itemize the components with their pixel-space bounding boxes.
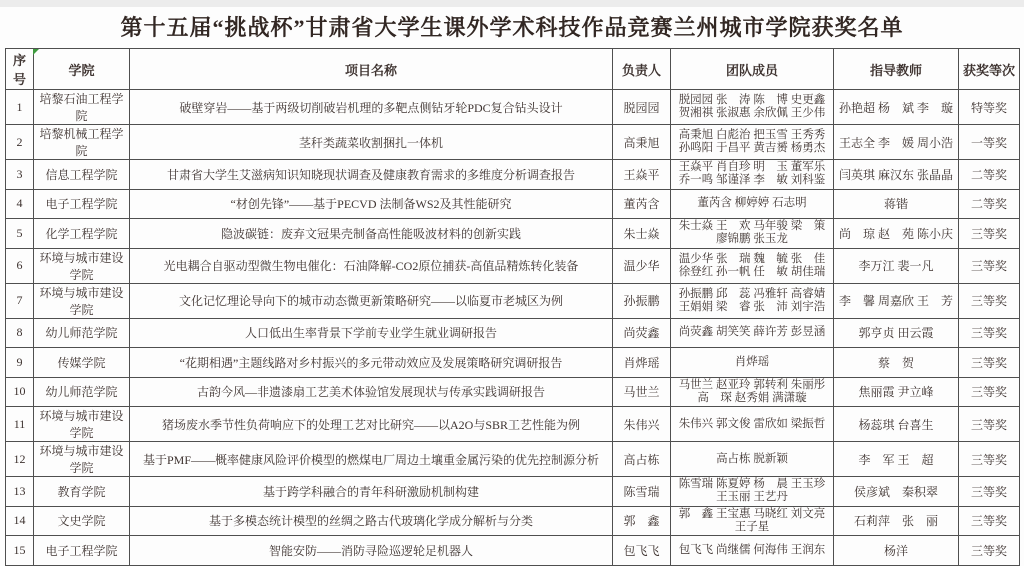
cell-award: 三等奖 (959, 248, 1020, 283)
cell-project: 文化记忆理论导向下的城市动态微更新策略研究——以临夏市老城区为例 (130, 283, 613, 318)
cell-team: 陈雪瑞 陈夏婷 杨 晨 王玉珍 王玉丽 王艺丹 (671, 477, 834, 507)
cell-leader: 董芮含 (613, 189, 671, 219)
cell-advisors: 杨蕊琪 台喜生 (834, 407, 959, 442)
cell-college: 培黎机械工程学院 (34, 125, 130, 160)
table-row: 10幼儿师范学院古韵今风—非遗漆扇工艺美术体验馆发展现状与传承实践调研报告马世兰… (6, 377, 1020, 407)
header-leader: 负责人 (613, 49, 671, 90)
cell-team: 董芮含 柳婷婷 石志明 (671, 189, 834, 219)
cell-team: 孙振鹏 邱 蕊 冯雅轩 高睿婧 王娟娟 梁 睿 张 沛 刘宇浩 (671, 283, 834, 318)
cell-college: 文史学院 (34, 506, 130, 534)
table-row: 9传媒学院“花期相遇”主题线路对乡村振兴的多元带动效应及发展策略研究调研报告肖烨… (6, 348, 1020, 378)
cell-leader: 孙振鹏 (613, 283, 671, 318)
cell-team: 高占栋 脱新颖 (671, 442, 834, 477)
cell-leader: 王焱平 (613, 160, 671, 190)
award-table: 序号 学院 项目名称 负责人 团队成员 指导教师 获奖等次 1培黎石油工程学院破… (5, 48, 1020, 534)
cell-leader: 朱伟兴 (613, 407, 671, 442)
cell-advisors: 孙艳超 杨 斌 李 璇 (834, 90, 959, 125)
cell-college: 教育学院 (34, 477, 130, 507)
cell-team: 王焱平 肖自珍 明 玉 董军乐 乔一鸣 邹谨泽 李 敏 刘科鉴 (671, 160, 834, 190)
header-team: 团队成员 (671, 49, 834, 90)
table-row: 7环境与城市建设学院文化记忆理论导向下的城市动态微更新策略研究——以临夏市老城区… (6, 283, 1020, 318)
cell-project: 茎秆类蔬菜收割捆扎一体机 (130, 125, 613, 160)
cell-index: 4 (6, 189, 34, 219)
page-title: 第十五届“挑战杯”甘肃省大学生课外学术科技作品竞赛兰州城市学院获奖名单 (0, 7, 1024, 48)
table-row: 3信息工程学院甘肃省大学生艾滋病知识知晓现状调查及健康教育需求的多维度分析调查报… (6, 160, 1020, 190)
cell-leader: 陈雪瑞 (613, 477, 671, 507)
cell-college: 化学工程学院 (34, 219, 130, 249)
cell-advisors: 侯彦斌 秦积翠 (834, 477, 959, 507)
cell-project: 甘肃省大学生艾滋病知识知晓现状调查及健康教育需求的多维度分析调查报告 (130, 160, 613, 190)
cell-leader: 朱士焱 (613, 219, 671, 249)
table-row: 5化学工程学院隐波碳链：废弃文冠果壳制备高性能吸波材料的创新实践朱士焱朱士焱 王… (6, 219, 1020, 249)
header-project: 项目名称 (130, 49, 613, 90)
cell-leader: 温少华 (613, 248, 671, 283)
cell-project: “材创先锋”——基于PECVD 法制备WS2及其性能研究 (130, 189, 613, 219)
cell-team: 马世兰 赵亚玲 郭转利 朱丽彤 高 琛 赵秀娟 满潇璇 (671, 377, 834, 407)
cell-leader: 高秉旭 (613, 125, 671, 160)
cell-award: 三等奖 (959, 219, 1020, 249)
cell-college: 环境与城市建设学院 (34, 248, 130, 283)
cell-advisors: 焦丽霞 尹立峰 (834, 377, 959, 407)
cell-team: 郭 鑫 王宝惠 马晓红 刘文亮 王子星 (671, 506, 834, 534)
cell-advisors: 蒋锴 (834, 189, 959, 219)
cell-project: 光电耦合自驱动型微生物电催化：石油降解-CO2原位捕获-高值品精炼转化装备 (130, 248, 613, 283)
cell-project: “花期相遇”主题线路对乡村振兴的多元带动效应及发展策略研究调研报告 (130, 348, 613, 378)
cell-award: 三等奖 (959, 407, 1020, 442)
cell-college: 环境与城市建设学院 (34, 407, 130, 442)
cell-project: 古韵今风—非遗漆扇工艺美术体验馆发展现状与传承实践调研报告 (130, 377, 613, 407)
cell-college: 幼儿师范学院 (34, 318, 130, 348)
cell-index: 6 (6, 248, 34, 283)
cell-index: 8 (6, 318, 34, 348)
cell-project: 基于跨学科融合的青年科研激励机制构建 (130, 477, 613, 507)
table-row: 2培黎机械工程学院茎秆类蔬菜收割捆扎一体机高秉旭高秉旭 白彪治 把玉雪 王秀秀 … (6, 125, 1020, 160)
cell-college: 环境与城市建设学院 (34, 283, 130, 318)
header-index: 序号 (6, 49, 34, 90)
cell-college: 培黎石油工程学院 (34, 90, 130, 125)
table-row: 4电子工程学院“材创先锋”——基于PECVD 法制备WS2及其性能研究董芮含董芮… (6, 189, 1020, 219)
cell-index: 10 (6, 377, 34, 407)
cell-leader: 郭 鑫 (613, 506, 671, 534)
cell-leader: 尚荧鑫 (613, 318, 671, 348)
cell-leader: 肖烨瑶 (613, 348, 671, 378)
cell-team: 朱士焱 王 欢 马年骏 梁 策 廖锦鹏 张玉龙 (671, 219, 834, 249)
cell-college: 传媒学院 (34, 348, 130, 378)
cell-leader: 脱园园 (613, 90, 671, 125)
cell-award: 特等奖 (959, 90, 1020, 125)
header-advisors: 指导教师 (834, 49, 959, 90)
table-row: 1培黎石油工程学院破壁穿岩——基于两级切削破岩机理的多靶点侧钻牙轮PDC复合钻头… (6, 90, 1020, 125)
cell-award: 三等奖 (959, 377, 1020, 407)
cell-advisors: 王志全 李 媛 周小浩 (834, 125, 959, 160)
cell-award: 三等奖 (959, 442, 1020, 477)
cell-team: 肖烨瑶 (671, 348, 834, 378)
cell-award: 二等奖 (959, 189, 1020, 219)
cell-project: 人口低出生率背景下学前专业学生就业调研报告 (130, 318, 613, 348)
table-row: 6环境与城市建设学院光电耦合自驱动型微生物电催化：石油降解-CO2原位捕获-高值… (6, 248, 1020, 283)
cell-college: 电子工程学院 (34, 189, 130, 219)
cell-leader: 高占栋 (613, 442, 671, 477)
cell-advisors: 李 馨 周嘉欣 王 芳 (834, 283, 959, 318)
cell-award: 三等奖 (959, 477, 1020, 507)
cell-award: 三等奖 (959, 318, 1020, 348)
top-strip (0, 0, 1024, 7)
cell-index: 2 (6, 125, 34, 160)
cell-index: 13 (6, 477, 34, 507)
cell-advisors: 李 军 王 超 (834, 442, 959, 477)
cell-team: 朱伟兴 郭文俊 雷欣如 梁振哲 (671, 407, 834, 442)
cell-team: 温少华 张 瑞 魏 毓 张 佳 徐登红 孙一帆 任 敏 胡佳瑞 (671, 248, 834, 283)
cell-college: 环境与城市建设学院 (34, 442, 130, 477)
cell-index: 3 (6, 160, 34, 190)
cell-award: 二等奖 (959, 160, 1020, 190)
cell-project: 破壁穿岩——基于两级切削破岩机理的多靶点侧钻牙轮PDC复合钻头设计 (130, 90, 613, 125)
cell-award: 三等奖 (959, 506, 1020, 534)
table-row: 13教育学院基于跨学科融合的青年科研激励机制构建陈雪瑞陈雪瑞 陈夏婷 杨 晨 王… (6, 477, 1020, 507)
cell-award: 一等奖 (959, 125, 1020, 160)
cell-team: 脱园园 张 涛 陈 博 史更鑫 贺湘祺 张淑惠 余欣佩 王少伟 (671, 90, 834, 125)
cell-advisors: 闫英琪 麻汉东 张晶晶 (834, 160, 959, 190)
table-row: 14文史学院基于多模态统计模型的丝绸之路古代玻璃化学成分解析与分类郭 鑫郭 鑫 … (6, 506, 1020, 534)
header-row: 序号 学院 项目名称 负责人 团队成员 指导教师 获奖等次 (6, 49, 1020, 90)
table-row: 8幼儿师范学院人口低出生率背景下学前专业学生就业调研报告尚荧鑫尚荧鑫 胡笑笑 薛… (6, 318, 1020, 348)
table-row: 11环境与城市建设学院猪场废水季节性负荷响应下的处理工艺对比研究——以A2O与S… (6, 407, 1020, 442)
table-row: 12环境与城市建设学院基于PMF——概率健康风险评价模型的燃煤电厂周边土壤重金属… (6, 442, 1020, 477)
cell-index: 14 (6, 506, 34, 534)
green-corner-mark-icon (33, 49, 39, 55)
header-college: 学院 (34, 49, 130, 90)
cell-project: 基于PMF——概率健康风险评价模型的燃煤电厂周边土壤重金属污染的优先控制源分析 (130, 442, 613, 477)
cell-index: 7 (6, 283, 34, 318)
cell-team: 尚荧鑫 胡笑笑 薛许芳 彭昱涵 (671, 318, 834, 348)
cell-award: 三等奖 (959, 348, 1020, 378)
header-award: 获奖等次 (959, 49, 1020, 90)
cell-index: 1 (6, 90, 34, 125)
cell-advisors: 蔡 贺 (834, 348, 959, 378)
cell-advisors: 李万江 裴一凡 (834, 248, 959, 283)
cell-college: 幼儿师范学院 (34, 377, 130, 407)
cell-advisors: 郭亨贞 田云霞 (834, 318, 959, 348)
cell-advisors: 石莉萍 张 丽 (834, 506, 959, 534)
cell-award: 三等奖 (959, 283, 1020, 318)
cell-team: 高秉旭 白彪治 把玉雪 王秀秀 孙鸣阳 于昌平 黄吉赟 杨勇杰 (671, 125, 834, 160)
cell-college: 信息工程学院 (34, 160, 130, 190)
cell-advisors: 尚 琼 赵 苑 陈小庆 (834, 219, 959, 249)
cell-index: 12 (6, 442, 34, 477)
cell-project: 猪场废水季节性负荷响应下的处理工艺对比研究——以A2O与SBR工艺性能为例 (130, 407, 613, 442)
cell-index: 9 (6, 348, 34, 378)
cell-index: 5 (6, 219, 34, 249)
cell-project: 隐波碳链：废弃文冠果壳制备高性能吸波材料的创新实践 (130, 219, 613, 249)
cell-index: 11 (6, 407, 34, 442)
cell-project: 基于多模态统计模型的丝绸之路古代玻璃化学成分解析与分类 (130, 506, 613, 534)
table-body: 1培黎石油工程学院破壁穿岩——基于两级切削破岩机理的多靶点侧钻牙轮PDC复合钻头… (6, 90, 1020, 535)
cell-leader: 马世兰 (613, 377, 671, 407)
